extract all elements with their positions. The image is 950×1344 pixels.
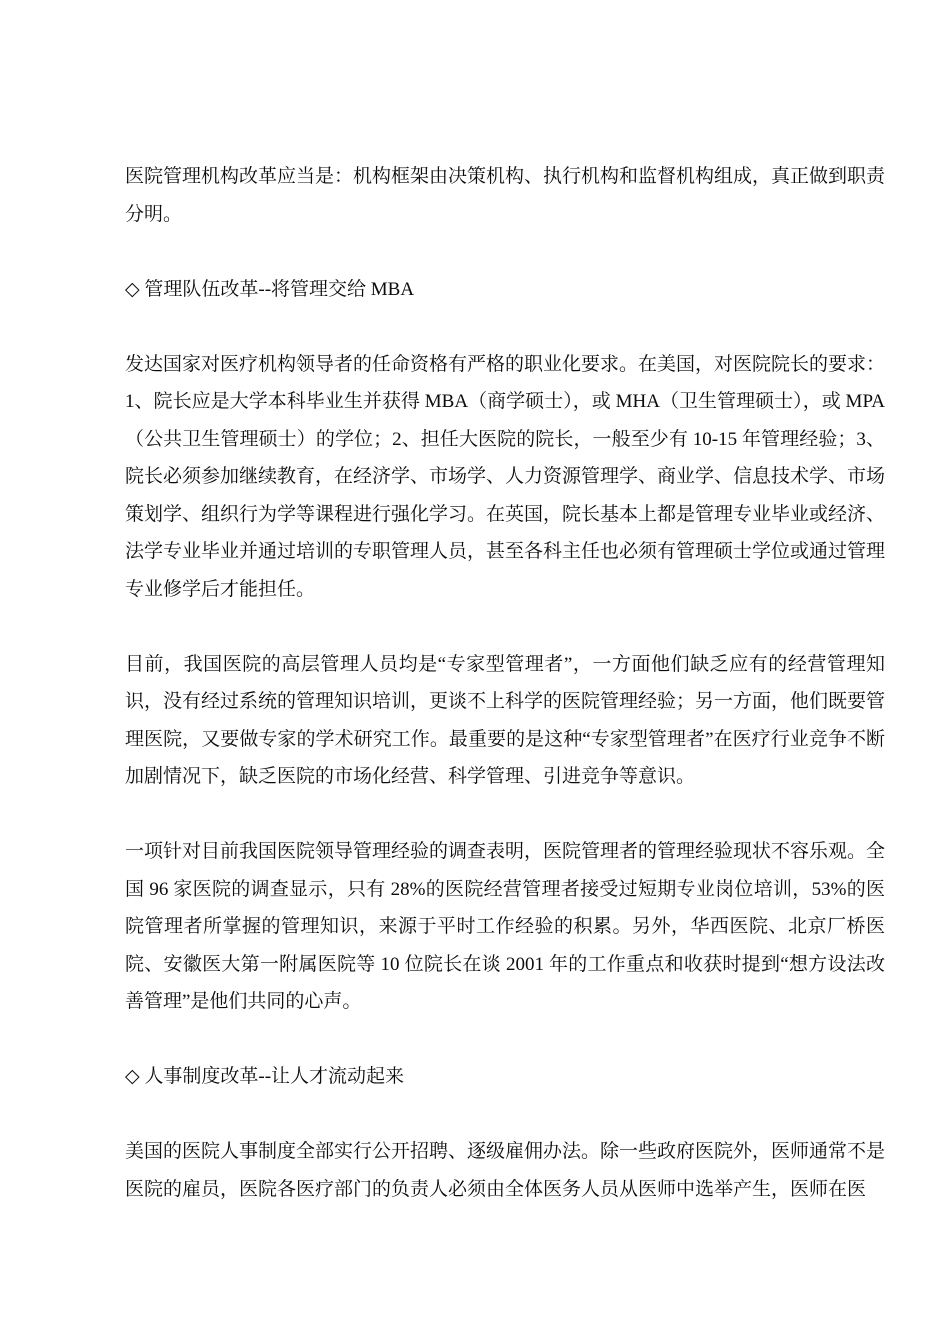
paragraph-expert-type-managers: 目前，我国医院的高层管理人员均是“专家型管理者”，一方面他们缺乏应有的经营管理知… <box>125 646 885 796</box>
document-page: 医院管理机构改革应当是：机构框架由决策机构、执行机构和监督机构组成，真正做到职责… <box>0 0 950 1344</box>
heading-personnel-system-reform: ◇ 人事制度改革--让人才流动起来 <box>125 1058 885 1096</box>
paragraph-management-experience-survey: 一项针对目前我国医院领导管理经验的调查表明，医院管理者的管理经验现状不容乐观。全… <box>125 833 885 1021</box>
paragraph-foreign-director-qualifications: 发达国家对医疗机构领导者的任命资格有严格的职业化要求。在美国，对医院院长的要求：… <box>125 346 885 609</box>
heading-management-team-reform: ◇ 管理队伍改革--将管理交给 MBA <box>125 271 885 309</box>
document-body: 医院管理机构改革应当是：机构框架由决策机构、执行机构和监督机构组成，真正做到职责… <box>125 158 885 1208</box>
paragraph-us-personnel-system: 美国的医院人事制度全部实行公开招聘、逐级雇佣办法。除一些政府医院外，医师通常不是… <box>125 1133 885 1208</box>
paragraph-org-structure-reform: 医院管理机构改革应当是：机构框架由决策机构、执行机构和监督机构组成，真正做到职责… <box>125 158 885 233</box>
